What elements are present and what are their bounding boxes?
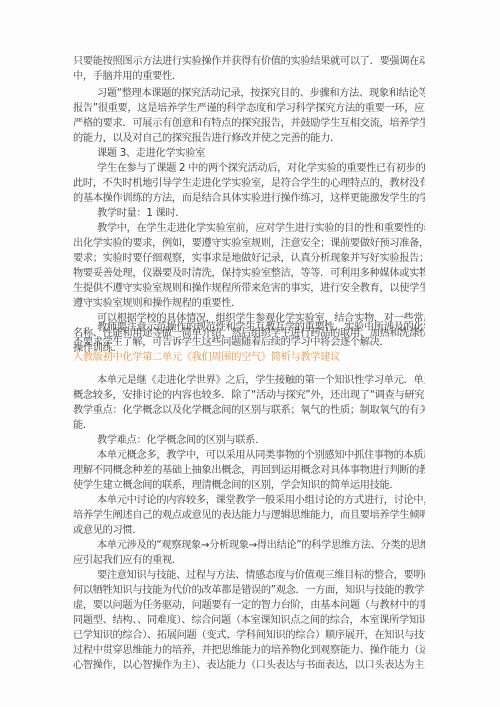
document-page: 只要能按照图示方法进行实验操作并获得有价值的实验结果就可以了．要强调在动手的过程… — [0, 0, 500, 707]
text-line: 物要妥善处理，仪器要及时清洗，保持实验室整洁，等等．可利用多种媒体或实物表演为学 — [73, 267, 425, 281]
text-line: 不要求学生了解，可告诉学生这些问题随着后续的学习中将会逐个解决． — [73, 336, 425, 350]
text-line: 本单元中讨论的内容较多，课堂教学一般采用小组讨论的方式进行，讨论中，不仅要 — [97, 494, 425, 508]
text-line: 本单元概念多，教学中，可以采用从同类事物的个别感知中抓住事物的本质属性，在 — [97, 449, 425, 463]
text-line: 中，手脑并用的重要性． — [73, 70, 425, 84]
text-line: 过程中贯穿思维能力的培养，并把思维能力的培养物化到观察能力、操作能力（运动操作与 — [73, 644, 425, 658]
text-line: 教学中，在学生走进化学实验室前，应对学生进行实验的目的性和重要性的教育，并提 — [97, 222, 425, 236]
text-line: 同题型、结构、、同难度）、综合问题（本室课知识点之间的综合，本室课所学知识点与以… — [73, 614, 425, 628]
text-line: 本单元涉及的“观察现象→分析现象→得出结论”的科学思维方法、分类的思维方法等， — [97, 539, 425, 553]
text-line: 能． — [73, 419, 425, 433]
text-line: 的能力，以及对自己的探究报告进行修改并使之完善的能力． — [73, 132, 425, 146]
text-line: 培养学生阐述自己的观点或意见的表达能力与逻辑思维能力，而且要培养学生倾听他人观点 — [73, 509, 425, 523]
text-line: 的基本操作训练的方法，而是结合具体实验进行操作练习，这样更能激发学生的学习兴趣． — [73, 192, 425, 206]
text-line: 使学生建立概念间的联系，理清概念间的区别，学会知识的简单运用技能． — [73, 479, 425, 493]
text-line: 应引起我们应有的重视． — [73, 554, 425, 568]
text-line: 习题“整理本课题的探究活动记录，按探究目的、步骤和方法、现象和结论等写出探究 — [97, 87, 425, 101]
text-line: 心智操作，以心智操作为主）、表达能力（口头表达与书面表达，以口头表达为主）与问题 — [73, 659, 425, 673]
text-line: 本单元是继《走进化学世界》之后，学生接触的第一个知识性学习单元．单元中化学 — [97, 374, 425, 388]
text-line: 遵守实验室规则和操作规程的重要性． — [73, 297, 425, 311]
text-line: 概念较多，安排讨论的内容也较多．除了“活动与探究”外，还出现了“调查与研究” 栏… — [73, 389, 425, 403]
text-line: 或意见的习惯． — [73, 524, 425, 538]
text-line: 严格的要求．可展示有创意和有特点的探究报告，并鼓励学生互相交流，培养学生自我反思 — [73, 117, 425, 131]
text-line: 报告”很重要，这是培养学生严谨的科学态度和学习科学探究方法的重要一环，应对学生有 — [73, 102, 425, 116]
text-line: 教师要注意示范操作的规范性和学生互教互学的重要性．实验中所涉及的化学原理暂 — [97, 321, 425, 335]
text-line: 虚，要以问题为任务驱动，问题要有一定的智力台阶，由基本问题（与教材中的事实与例题 — [73, 599, 425, 613]
text-line: 教学难点：化学概念间的区别与联系． — [97, 434, 425, 448]
text-line: 只要能按照图示方法进行实验操作并获得有价值的实验结果就可以了．要强调在动手的过程 — [73, 55, 425, 69]
text-line: 生提供不遵守实验室规则和操作规程所带来危害的事实，进行安全教育，以使学生从中领悟 — [73, 282, 425, 296]
text-line: 教学重点：化学概念以及化学概念间的区别与联系；氧气的性质；制取氧气的有关知识与技 — [73, 404, 425, 418]
text-line: 课题 3、走进化学实验室 — [97, 147, 425, 161]
text-line: 此时，不失时机地引导学生走进化学实验室，是符合学生的心理特点的，教材没有采用单纯 — [73, 177, 425, 191]
text-line: 理解不同概念种差的基础上抽象出概念，再回到运用概念对具体事物进行判断的教学策略， — [73, 464, 425, 478]
text-line: 出化学实验的要求，例如，要遵守实验室规则，注意安全；课前要做好预习准备，明确实验 — [73, 237, 425, 251]
text-line: 要求；实验时要仔细观察，实事求是地做好记录，认真分析现象并写好实验报告；实验后废 — [73, 252, 425, 266]
text-line: 教学时量：1 课时． — [97, 207, 425, 221]
text-line: 学生在参与了课题 2 中的两个探究活动后，对化学实验的重要性已有初步的亲身体验， — [97, 162, 425, 176]
text-line: 何以牺牲知识与技能为代价的改革都是错误的”观念．一方面，知识与技能的教学要实不要 — [73, 584, 425, 598]
text-line: 已学知识的综合）、拓展问题（变式、学科间知识的综合）顺序展开，在知识与技能的学习 — [73, 629, 425, 643]
text-line: 要注意知识与技能、过程与方法、情感态度与价值观三维目标的整合，要明确树立“任 — [97, 569, 425, 583]
section-heading: 人教版初中化学第二单元《我们周围的空气》简析与教学建议 — [73, 351, 425, 365]
